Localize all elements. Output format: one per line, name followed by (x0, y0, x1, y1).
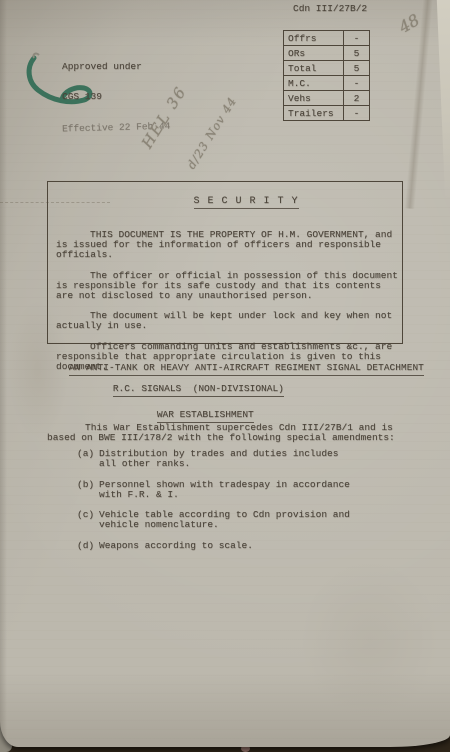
row-label: Total (284, 61, 344, 76)
table-row: ORs 5 (284, 46, 370, 61)
strength-table: Offrs - ORs 5 Total 5 M.C. - Vehs 2 Trai… (283, 30, 370, 121)
document-reference: Cdn III/27B/2 (293, 4, 367, 14)
amendment-marker: (a) (77, 449, 99, 470)
row-label: Trailers (284, 106, 344, 121)
paper-stain (300, 560, 440, 720)
row-value: - (344, 106, 370, 121)
row-value: 5 (344, 61, 370, 76)
table-row: Trailers - (284, 106, 370, 121)
amendment-text: Personnel shown with tradespay in accord… (99, 480, 353, 501)
table-row: M.C. - (284, 76, 370, 91)
amendment-marker: (c) (77, 510, 99, 531)
security-paragraph: The officer or official in possession of… (56, 271, 402, 302)
row-label: Offrs (284, 31, 344, 46)
approval-line: Approved under (62, 62, 170, 72)
table-row: Vehs 2 (284, 91, 370, 106)
document-page: Cdn III/27B/2 48 Offrs - ORs 5 Total 5 M… (0, 0, 450, 747)
amendment-item: (b) Personnel shown with tradespay in ac… (77, 480, 353, 501)
row-value: 2 (344, 91, 370, 106)
table-row: Total 5 (284, 61, 370, 76)
intro-paragraph: This War Establishment supercedes Cdn II… (47, 423, 409, 444)
amendment-item: (a) Distribution by trades and duties in… (77, 449, 353, 470)
security-paragraph: The document will be kept under lock and… (56, 311, 402, 331)
amendment-text: Distribution by trades and duties includ… (99, 449, 353, 470)
amendment-marker: (b) (77, 480, 99, 501)
security-notice-box: S E C U R I T Y THIS DOCUMENT IS THE PRO… (47, 181, 403, 344)
amendment-item: (d) Weapons according to scale. (77, 541, 353, 551)
amendments-list: (a) Distribution by trades and duties in… (77, 449, 353, 561)
table-row: Offrs - (284, 31, 370, 46)
approval-line: CGS 139 (62, 92, 170, 102)
pencil-page-number: 48 (396, 10, 423, 37)
amendment-text: Vehicle table according to Cdn provision… (99, 510, 353, 531)
row-label: ORs (284, 46, 344, 61)
amendment-text: Weapons according to scale. (99, 541, 353, 551)
security-title: S E C U R I T Y (56, 187, 394, 218)
amendment-marker: (d) (77, 541, 99, 551)
row-label: Vehs (284, 91, 344, 106)
amendment-item: (c) Vehicle table according to Cdn provi… (77, 510, 353, 531)
pencil-annotation: d/23 Nov 44 (184, 94, 239, 171)
row-value: 5 (344, 46, 370, 61)
security-paragraph: THIS DOCUMENT IS THE PROPERTY OF H.M. GO… (56, 230, 402, 261)
row-value: - (344, 31, 370, 46)
row-value: - (344, 76, 370, 91)
row-label: M.C. (284, 76, 344, 91)
